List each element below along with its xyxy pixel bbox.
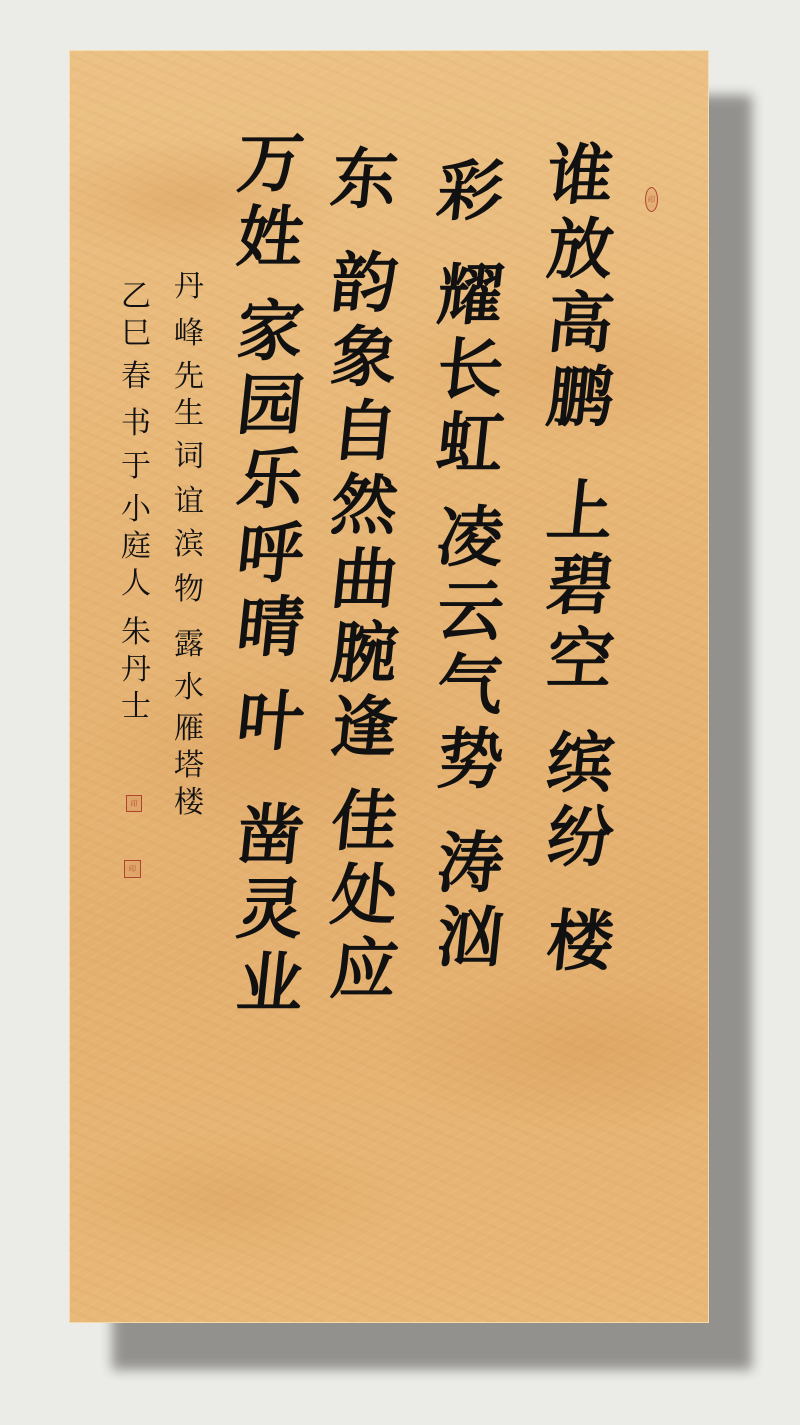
main-char: 鹏 [543, 364, 617, 438]
main-column-2: 彩 耀 长 虹 凌 云 气 势 涛 汹 [437, 158, 503, 978]
inscription-char: 朱 [121, 618, 151, 655]
main-char: 凿 [233, 802, 307, 876]
inscription-char: 人 [121, 569, 151, 606]
inscription-char: 生 [174, 399, 204, 436]
main-char: 逢 [327, 694, 401, 768]
inscription-char: 词 [174, 442, 204, 479]
main-char: 涛 [433, 830, 507, 904]
inscription-char: 塔 [174, 751, 204, 788]
inscription-char: 物 [174, 575, 204, 612]
main-char: 应 [327, 936, 401, 1010]
inscription-char: 峰 [174, 319, 204, 356]
inscription-char: 滨 [174, 530, 204, 567]
main-char: 万 [233, 130, 307, 204]
main-char: 长 [433, 336, 507, 410]
main-column-3: 东 韵 象 自 然 曲 腕 逢 佳 处 应 [331, 146, 397, 1010]
main-char: 姓 [233, 204, 307, 278]
inscription-char: 乙 [121, 282, 151, 319]
main-column-1: 谁 放 高 鹏 上 碧 空 缤 纷 楼 [547, 142, 613, 982]
name-seal-1: 印 [126, 795, 142, 812]
main-char: 上 [543, 478, 617, 552]
leading-seal: 印 [645, 187, 658, 212]
main-char: 势 [433, 726, 507, 800]
main-char: 腕 [327, 620, 401, 694]
main-char: 业 [233, 950, 307, 1024]
inscription-char: 于 [121, 452, 151, 489]
inscription-char: 水 [174, 673, 204, 710]
name-seal-2: 印 [124, 860, 141, 878]
inscription-char: 小 [121, 495, 151, 532]
inscription-char: 丹 [121, 655, 151, 692]
main-char: 谁 [543, 142, 617, 216]
main-char: 乐 [233, 446, 307, 520]
main-char: 缤 [543, 730, 617, 804]
main-char: 佳 [327, 788, 401, 862]
main-char: 象 [327, 324, 401, 398]
main-char: 彩 [433, 158, 507, 232]
inscription-column-1: 丹 峰 先 生 词 谊 滨 物 露 水 雁 塔 楼 [174, 272, 204, 825]
inscription-char: 雁 [174, 714, 204, 751]
inscription-char: 书 [121, 409, 151, 446]
main-char: 自 [327, 398, 401, 472]
main-char: 高 [543, 290, 617, 364]
inscription-char: 谊 [174, 487, 204, 524]
main-char: 楼 [543, 908, 617, 982]
main-char: 放 [543, 216, 617, 290]
main-char: 云 [433, 578, 507, 652]
inscription-char: 丹 [174, 272, 204, 309]
main-char: 园 [233, 372, 307, 446]
calligraphy-scroll: 谁 放 高 鹏 上 碧 空 缤 纷 楼 彩 耀 长 虹 凌 云 气 势 涛 汹 … [69, 50, 709, 1323]
inscription-char: 庭 [121, 532, 151, 569]
inscription-char: 露 [174, 630, 204, 667]
main-char: 晴 [233, 594, 307, 668]
main-char: 碧 [543, 552, 617, 626]
inscription-char: 巳 [121, 319, 151, 356]
main-char: 呼 [233, 520, 307, 594]
inscription-char: 楼 [174, 788, 204, 825]
inscription-char: 先 [174, 362, 204, 399]
main-char: 空 [543, 626, 617, 700]
main-char: 凌 [433, 504, 507, 578]
main-char: 东 [327, 146, 401, 220]
main-char: 耀 [433, 262, 507, 336]
main-char: 曲 [327, 546, 401, 620]
main-char: 韵 [327, 250, 401, 324]
main-char: 纷 [543, 804, 617, 878]
main-column-4: 万 姓 家 园 乐 呼 晴 叶 凿 灵 业 [237, 130, 303, 1024]
main-char: 然 [327, 472, 401, 546]
main-char: 虹 [433, 410, 507, 484]
inscription-column-2: 乙 巳 春 书 于 小 庭 人 朱 丹 士 [121, 282, 151, 729]
main-char: 家 [233, 298, 307, 372]
main-char: 灵 [233, 876, 307, 950]
main-char: 汹 [433, 904, 507, 978]
inscription-char: 春 [121, 362, 151, 399]
main-char: 气 [433, 652, 507, 726]
main-char: 叶 [233, 688, 307, 762]
main-char: 处 [327, 862, 401, 936]
inscription-char: 士 [121, 692, 151, 729]
